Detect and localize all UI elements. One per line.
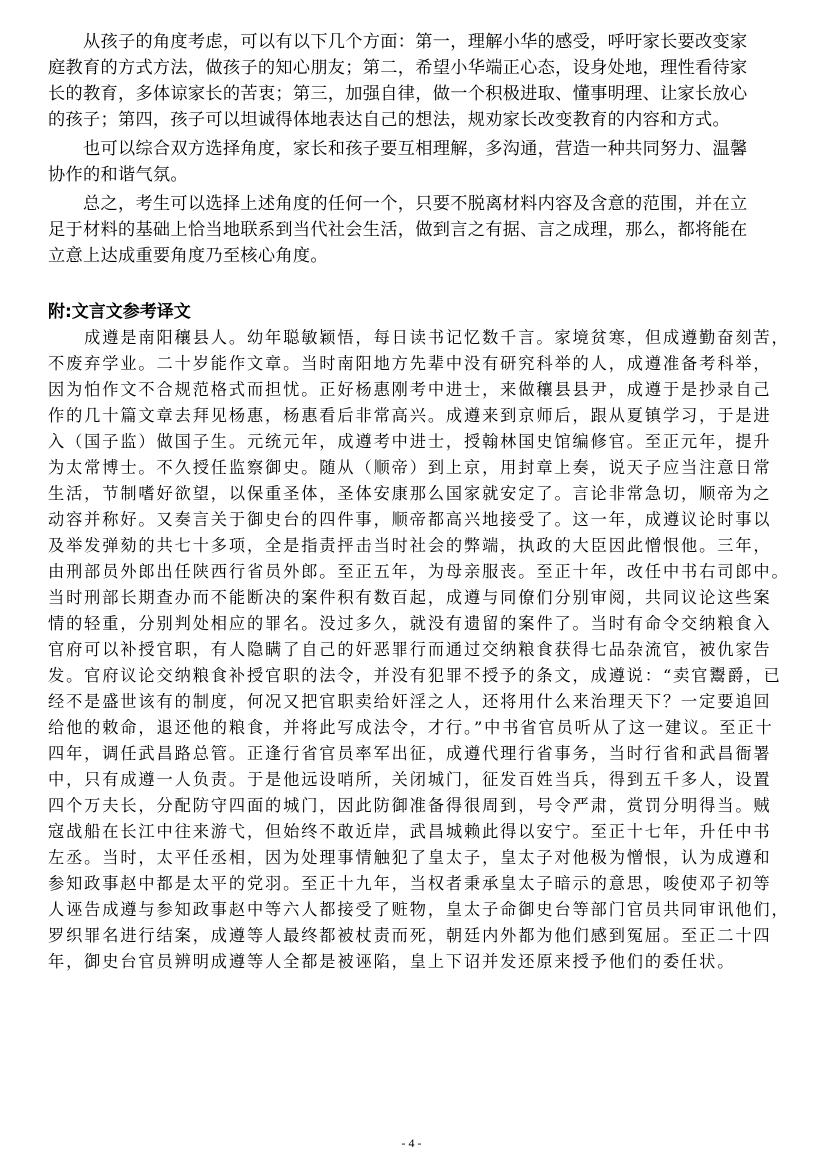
translation-line: 作的几十篇文章去拜见杨惠，杨惠看后非常高兴。成遵来到京师后，跟从夏镇学习，于是进	[48, 404, 778, 428]
translation-line: 年，御史台官员辨明成遵等人全都是被诬陷，皇上下诏并发还原来授予他们的委任状。	[48, 950, 778, 974]
translation-line: 及举发弹劾的共七十多项，全是指责抨击当时社会的弊端，执政的大臣因此憎恨他。三年，	[48, 534, 778, 558]
translation-line: 罗织罪名进行结案，成遵等人最终都被杖责而死，朝廷内外都为他们感到冤屈。至正二十四	[48, 924, 778, 948]
page-number: - 4 -	[0, 1136, 823, 1151]
paragraph-line: 长的教育，多体谅家长的苦衷；第三，加强自律，做一个积极进取、懂事明理、让家长放心	[48, 82, 778, 106]
paragraph-line: 总之，考生可以选择上述角度的任何一个，只要不脱离材料内容及含意的范围，并在立	[48, 192, 778, 216]
paragraph-line: 协作的和谐气氛。	[48, 163, 778, 187]
translation-line: 入（国子监）做国子生。元统元年，成遵考中进士，授翰林国史馆编修官。至正元年，提升	[48, 430, 778, 454]
translation-line: 成遵是南阳穰县人。幼年聪敏颖悟，每日读书记忆数千言。家境贫寒，但成遵勤奋刻苦，	[48, 326, 778, 350]
paragraph-line: 庭教育的方式方法，做孩子的知心朋友；第二，希望小华端正心态，设身处地，理性看待家	[48, 56, 778, 80]
translation-line: 动容并称好。又奏言关于御史台的四件事，顺帝都高兴地接受了。这一年，成遵议论时事以	[48, 508, 778, 532]
translation-line: 中，只有成遵一人负责。于是他远设哨所，关闭城门，征发百姓当兵，得到五千多人，设置	[48, 768, 778, 792]
paragraph-line: 也可以综合双方选择角度，家长和孩子要互相理解，多沟通，营造一种共同努力、温馨	[48, 137, 778, 161]
paragraph-line: 从孩子的角度考虑，可以有以下几个方面：第一，理解小华的感受，呼吁家长要改变家	[48, 30, 778, 54]
translation-line: 寇战船在长江中往来游弋，但始终不敢近岸，武昌城赖此得以安宁。至正十七年，升任中书	[48, 820, 778, 844]
translation-line: 为太常博士。不久授任监察御史。随从（顺帝）到上京，用封章上奏，说天子应当注意日常	[48, 456, 778, 480]
translation-line: 参知政事赵中都是太平的党羽。至正十九年，当权者秉承皇太子暗示的意思，唆使邓子初等	[48, 872, 778, 896]
translation-line: 经不是盛世该有的制度，何况又把官职卖给奸淫之人，还将用什么来治理天下？一定要追回	[48, 690, 778, 714]
translation-line: 由刑部员外郎出任陕西行省员外郎。至正五年，为母亲服丧。至正十年，改任中书右司郎中…	[48, 560, 778, 584]
translation-line: 人诬告成遵与参知政事赵中等六人都接受了赃物，皇太子命御史台等部门官员共同审讯他们…	[48, 898, 778, 922]
translation-line: 发。官府议论交纳粮食补授官职的法令，并没有犯罪不授予的条文，成遵说：“卖官鬻爵，…	[48, 664, 778, 688]
translation-line: 当时刑部长期查办而不能断决的案件积有数百起，成遵与同僚们分别审阅，共同议论这些案	[48, 586, 778, 610]
translation-line: 生活，节制嗜好欲望，以保重圣体，圣体安康那么国家就安定了。言论非常急切，顺帝为之	[48, 482, 778, 506]
translation-line: 官府可以补授官职，有人隐瞒了自己的奸恶罪行而通过交纳粮食获得七品杂流官，被仇家告	[48, 638, 778, 662]
paragraph-line: 的孩子；第四，孩子可以坦诚得体地表达自己的想法，规劝家长改变教育的内容和方式。	[48, 108, 778, 132]
translation-line: 左丞。当时，太平任丞相，因为处理事情触犯了皇太子，皇太子对他极为憎恨，认为成遵和	[48, 846, 778, 870]
paragraph-line: 立意上达成重要角度乃至核心角度。	[48, 244, 778, 268]
translation-line: 四个万夫长，分配防守四面的城门，因此防御准备得很周到，号令严肃，赏罚分明得当。贼	[48, 794, 778, 818]
translation-line: 四年，调任武昌路总管。正逢行省官员率军出征，成遵代理行省事务，当时行省和武昌衙署	[48, 742, 778, 766]
translation-line: 给他的敕命，退还他的粮食，并将此写成法令，才行。”中书省官员听从了这一建议。至正…	[48, 716, 778, 740]
translation-line: 不废弃学业。二十岁能作文章。当时南阳地方先辈中没有研究科举的人，成遵准备考科举，	[48, 352, 778, 376]
translation-line: 情的轻重，分别判处相应的罪名。没过多久，就没有遗留的案件了。当时有命令交纳粮食入	[48, 612, 778, 636]
appendix-heading: 附:文言文参考译文	[48, 300, 191, 324]
translation-line: 因为怕作文不合规范格式而担忧。正好杨惠刚考中进士，来做穰县县尹，成遵于是抄录自己	[48, 378, 778, 402]
document-page: 从孩子的角度考虑，可以有以下几个方面：第一，理解小华的感受，呼吁家长要改变家 庭…	[0, 0, 823, 1175]
paragraph-line: 足于材料的基础上恰当地联系到当代社会生活，做到言之有据、言之成理，那么，都将能在	[48, 218, 778, 242]
